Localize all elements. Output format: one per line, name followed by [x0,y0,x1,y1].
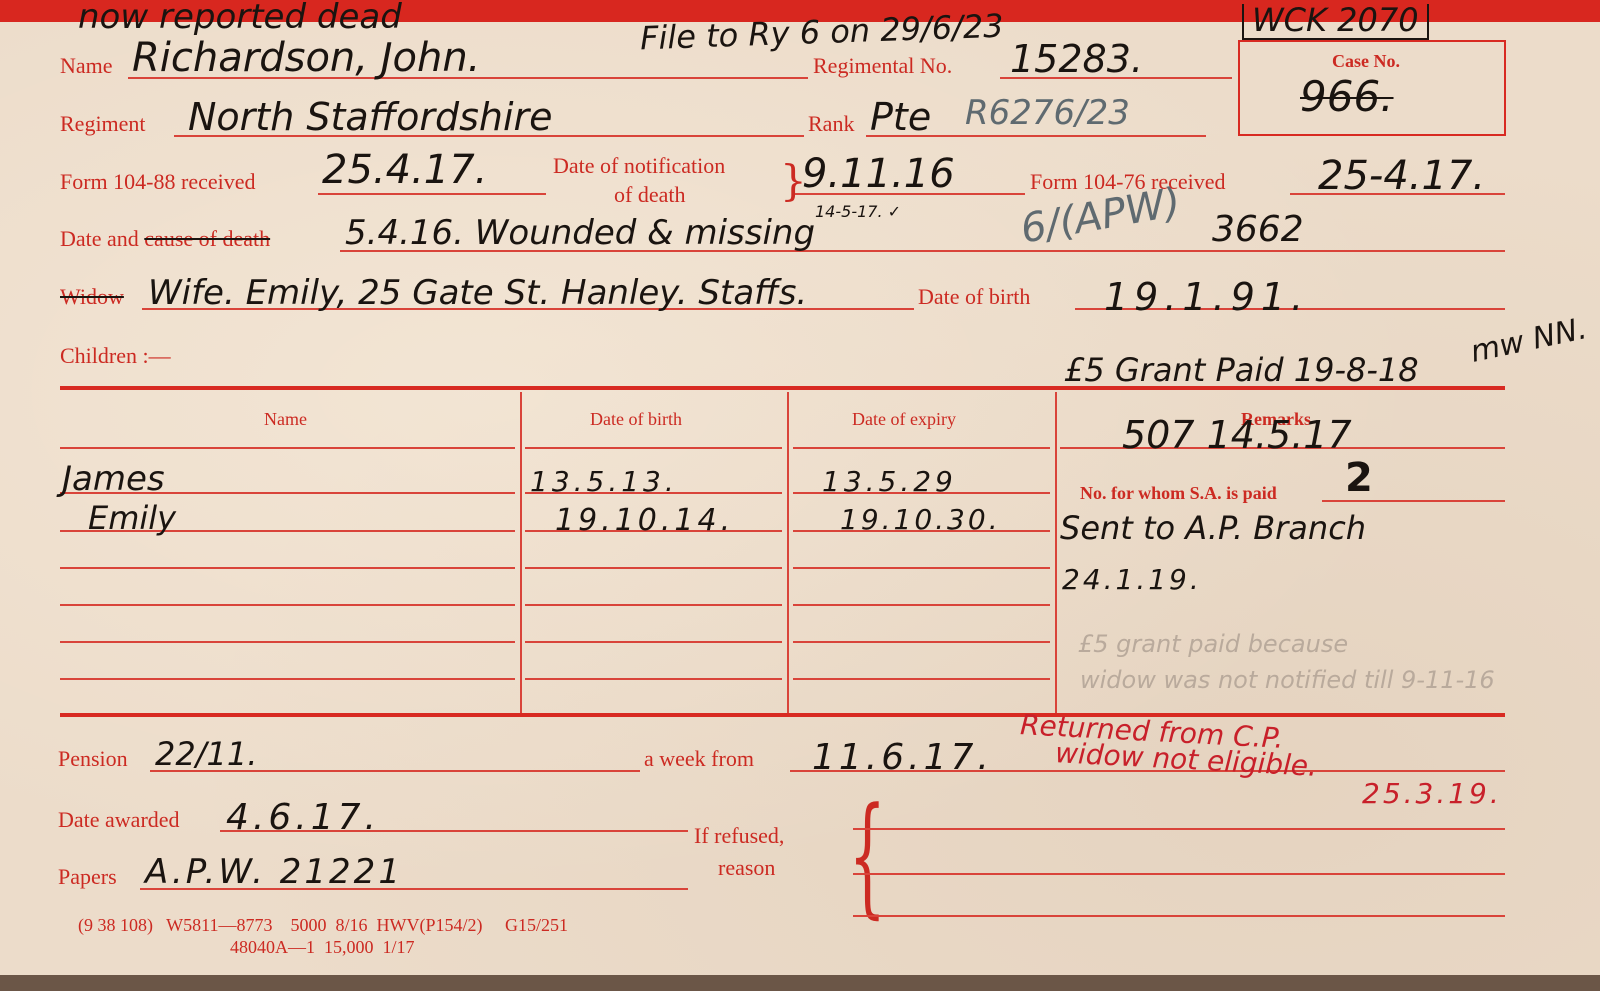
children-label: Children :— [60,345,171,367]
sa-paid-label: No. for whom S.A. is paid [1080,484,1277,502]
form-104-88-value: 25.4.17. [322,150,487,190]
col-divider-2 [787,392,789,714]
table-bottom-rule [60,713,1505,717]
pension-record-card: now reported dead File to Ry 6 on 29/6/2… [0,0,1600,975]
form-104-76-value: 25-4.17. [1318,156,1485,196]
name-label: Name [60,55,113,77]
print-code-line-2: 48040A—1 15,000 1/17 [230,938,415,956]
regiment-label: Regiment [60,113,146,135]
rank-pencil-note: R6276/23 [965,96,1130,130]
date-of-birth-label: Date of birth [918,286,1030,308]
reason-line-2[interactable] [853,873,1505,875]
notification-value: 9.11.16 [802,154,955,194]
row-rule [60,678,515,680]
remarks-faint-2: widow was not notified till 9-11-16 [1080,668,1495,692]
row-rule [793,447,1050,449]
header-date-of-expiry: Date of expiry [852,410,956,428]
row-rule [60,447,515,449]
reason-brace: { [849,790,886,920]
date-of-birth-value: 19.1.91. [1104,278,1309,316]
widow-label-text: Widow [60,284,124,309]
form-104-88-line [318,193,546,195]
notification-label-line2: of death [614,184,685,206]
row-rule [793,567,1050,569]
pension-value: 22/11. [155,738,257,770]
row-rule [525,641,782,643]
row-rule [793,678,1050,680]
reference-number: 3662 [1212,212,1304,248]
header-date-of-birth: Date of birth [590,410,682,428]
row-rule [60,567,515,569]
col-divider-3 [1055,392,1057,714]
child-1-name: James [62,462,165,496]
col-divider-1 [520,392,522,714]
row-rule [525,567,782,569]
remarks-note-2: Sent to A.P. Branch [1060,512,1366,544]
grant-note: £5 Grant Paid 19-8-18 [1064,354,1419,386]
row-rule [525,678,782,680]
card-bottom-edge [0,975,1600,991]
regiment-value: North Staffordshire [188,98,553,136]
red-note-3: 25.3.19. [1362,780,1502,808]
row-rule [60,641,515,643]
notification-label-line1: Date of notification [553,155,725,177]
rank-label: Rank [808,113,854,135]
regimental-no-value: 15283. [1010,40,1143,78]
pension-label: Pension [58,748,128,770]
date-cause-label-prefix: Date and [60,226,139,251]
if-refused-label: If refused, [694,825,784,847]
print-code-line-1: (9 38 108) W5811—8773 5000 8/16 HWV(P154… [78,916,568,934]
child-1-expiry: 13.5.29 [822,468,957,496]
row-rule [793,641,1050,643]
remarks-note-1: 507 14.5.17 [1122,416,1352,454]
child-2-dob: 19.10.14. [555,506,734,536]
date-cause-label: Date and cause of death [60,228,270,250]
sa-paid-value: 2 [1345,458,1373,498]
widow-value: Wife. Emily, 25 Gate St. Hanley. Staffs. [148,276,807,310]
reason-label: reason [718,857,775,879]
row-rule [60,604,515,606]
remarks-faint-1: £5 grant paid because [1078,632,1348,656]
child-2-expiry: 19.10.30. [840,506,1001,534]
widow-label: Widow [60,286,124,308]
child-1-dob: 13.5.13. [530,468,678,496]
top-note: now reported dead [78,0,402,34]
row-rule [793,604,1050,606]
rank-value: Pte [870,98,931,136]
initials: mw NN. [1468,314,1589,368]
reason-line-3[interactable] [853,915,1505,917]
regimental-no-label: Regimental No. [813,55,952,77]
papers-label: Papers [58,866,117,888]
date-cause-value: 5.4.16. Wounded & missing [345,216,815,250]
header-name: Name [264,410,307,428]
date-awarded-value: 4.6.17. [226,800,380,836]
form-104-88-label: Form 104-88 received [60,171,256,193]
child-2-name: Emily [88,502,176,534]
week-from-value: 11.6.17. [812,740,993,776]
case-no-label: Case No. [1332,52,1400,70]
papers-value: A.P.W. 21221 [145,855,403,889]
reason-line-1[interactable] [853,828,1505,830]
remarks-note-3: 24.1.19. [1062,566,1202,594]
case-no-value: 966. [1300,76,1394,118]
row-rule [525,604,782,606]
date-cause-small-note: 14-5-17. ✓ [815,204,901,220]
week-from-label: a week from [644,748,754,770]
row-rule [525,447,782,449]
wck-reference: WCK 2070 [1242,4,1429,40]
name-value: Richardson, John. [132,38,480,78]
date-cause-label-struck: cause of death [144,226,270,251]
date-awarded-label: Date awarded [58,809,180,831]
table-top-rule [60,386,1505,390]
